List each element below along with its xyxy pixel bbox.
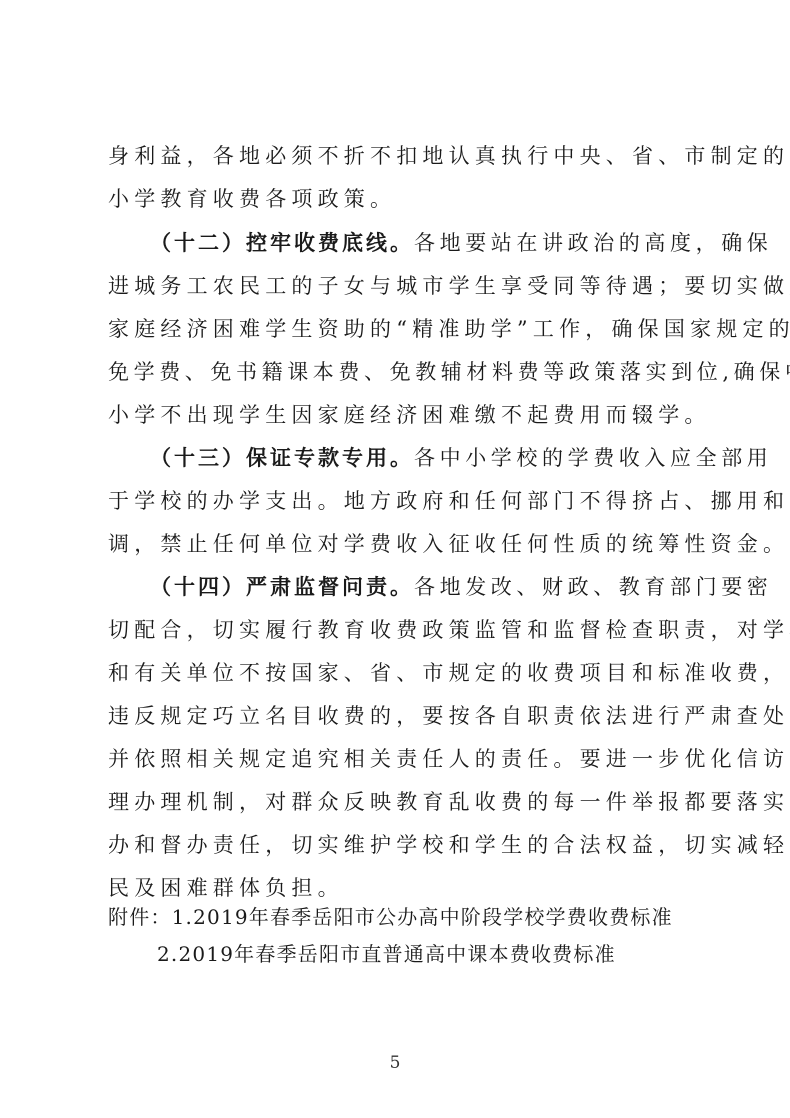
paragraph-line: 免学费、免书籍课本费、免教辅材料费等政策落实到位,确保中	[108, 357, 698, 387]
section-13-text: 各中小学校的学费收入应全部用	[414, 446, 772, 470]
section-14-heading: （十四）严肃监督问责。	[150, 575, 414, 599]
paragraph-line: 身利益，各地必须不折不扣地认真执行中央、省、市制定的中	[108, 141, 698, 171]
section-12-text: 各地要站在讲政治的高度，确保	[414, 231, 772, 255]
paragraph-line: 小学不出现学生因家庭经济困难缴不起费用而辍学。	[108, 400, 698, 430]
paragraph-line: 办和督办责任，切实维护学校和学生的合法权益，切实减轻农	[108, 830, 698, 860]
section-13-heading: （十三）保证专款专用。	[150, 446, 414, 470]
attachment-line-1: 附件：1.2019年春季岳阳市公办高中阶段学校学费收费标准	[108, 902, 673, 932]
section-12-first-line: （十二）控牢收费底线。各地要站在讲政治的高度，确保	[150, 228, 740, 258]
paragraph-line: 并依照相关规定追究相关责任人的责任。要进一步优化信访受	[108, 744, 698, 774]
paragraph-line: 民及困难群体负担。	[108, 873, 698, 903]
page-number: 5	[0, 1053, 790, 1073]
paragraph-line: 调，禁止任何单位对学费收入征收任何性质的统筹性资金。	[108, 529, 698, 559]
paragraph-line: 家庭经济困难学生资助的“精准助学”工作，确保国家规定的	[108, 314, 698, 344]
paragraph-line: 进城务工农民工的子女与城市学生享受同等待遇；要切实做好	[108, 271, 698, 301]
attachment-line-2: 2.2019年春季岳阳市直普通高中课本费收费标准	[157, 939, 616, 969]
attachment-item-1: 1.2019年春季岳阳市公办高中阶段学校学费收费标准	[172, 905, 673, 929]
paragraph-line: 小学教育收费各项政策。	[108, 184, 698, 214]
section-14-first-line: （十四）严肃监督问责。各地发改、财政、教育部门要密	[150, 572, 740, 602]
paragraph-line: 于学校的办学支出。地方政府和任何部门不得挤占、挪用和平	[108, 486, 698, 516]
paragraph-line: 理办理机制，对群众反映教育乱收费的每一件举报都要落实查	[108, 787, 698, 817]
attachment-label: 附件：	[108, 905, 172, 929]
paragraph-line: 和有关单位不按国家、省、市规定的收费项目和标准收费，或	[108, 658, 698, 688]
section-12-heading: （十二）控牢收费底线。	[150, 231, 414, 255]
paragraph-line: 违反规定巧立名目收费的，要按各自职责依法进行严肃查处，	[108, 701, 698, 731]
paragraph-line: 切配合，切实履行教育收费政策监管和监督检查职责，对学校	[108, 615, 698, 645]
section-13-first-line: （十三）保证专款专用。各中小学校的学费收入应全部用	[150, 443, 740, 473]
attachment-item-2: 2.2019年春季岳阳市直普通高中课本费收费标准	[157, 942, 616, 966]
section-14-text: 各地发改、财政、教育部门要密	[414, 575, 772, 599]
document-page: 身利益，各地必须不折不扣地认真执行中央、省、市制定的中 小学教育收费各项政策。 …	[0, 0, 790, 1118]
